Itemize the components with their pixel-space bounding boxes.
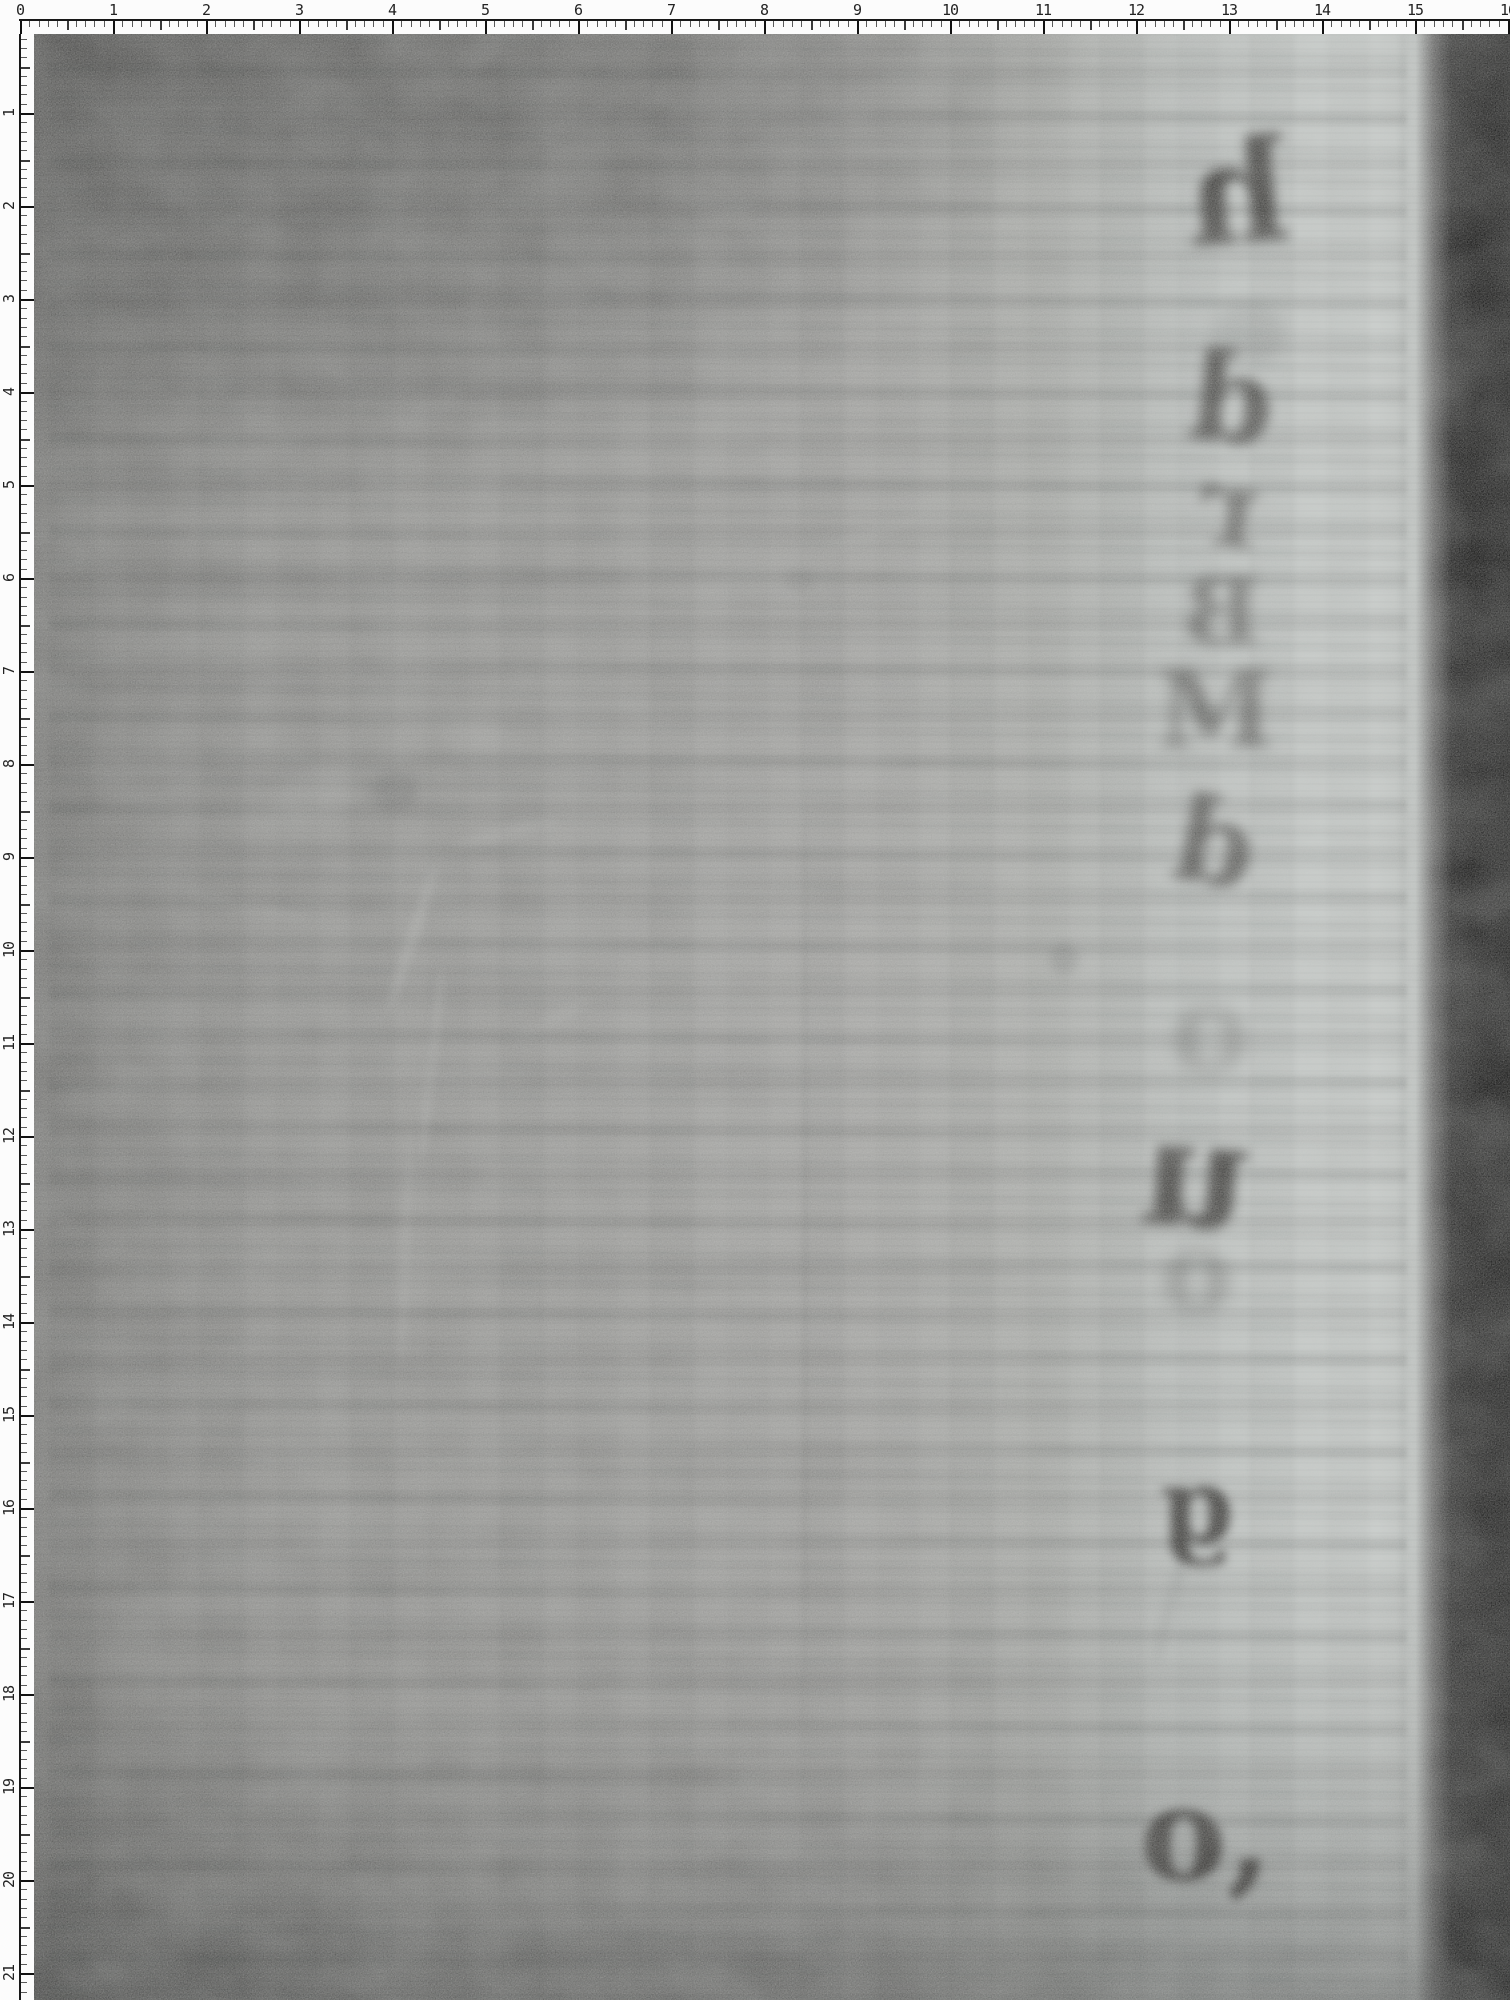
ruler-tick — [736, 21, 737, 27]
ruler-tick — [39, 21, 40, 27]
ruler-tick — [21, 1945, 27, 1946]
ruler-tick — [21, 485, 34, 487]
ruler-tick — [150, 21, 151, 27]
ruler-tick — [21, 1350, 27, 1351]
ruler-tick — [21, 1229, 34, 1231]
ruler-tick — [21, 1573, 27, 1574]
ruler-tick — [21, 439, 30, 441]
ruler-number-left: 1 — [0, 109, 18, 117]
ruler-tick — [21, 1973, 34, 1975]
ruler-number-left: 10 — [0, 942, 18, 958]
scanline-texture — [34, 34, 1510, 2000]
ruler-tick — [21, 1703, 27, 1704]
ruler-tick — [401, 21, 402, 27]
ruler-tick — [21, 838, 27, 839]
ruler-tick — [21, 783, 27, 784]
ruler-tick — [21, 1517, 27, 1518]
ruler-tick — [1350, 21, 1351, 27]
ruler-tick — [21, 318, 27, 319]
ruler-tick — [383, 21, 384, 27]
ruler-tick — [21, 513, 27, 514]
ruler-tick — [1462, 21, 1464, 30]
ruler-tick — [21, 876, 27, 877]
ruler-tick — [615, 21, 616, 27]
ruler-tick — [1489, 21, 1490, 27]
ruler-number-left: 20 — [0, 1872, 18, 1888]
ruler-tick — [21, 141, 27, 142]
ruler-tick — [225, 21, 226, 27]
ruler-number-left: 15 — [0, 1407, 18, 1423]
ruler-tick — [1406, 21, 1407, 27]
ruler-tick — [21, 764, 34, 766]
ruler-tick — [21, 1545, 27, 1546]
ruler-number-left: 12 — [0, 1128, 18, 1144]
ruler-tick — [21, 1220, 27, 1221]
ruler-tick — [625, 21, 627, 30]
ruler-tick — [290, 21, 291, 27]
ruler-tick — [21, 76, 27, 77]
ruler-tick — [820, 21, 821, 27]
ruler-tick — [718, 21, 720, 30]
ruler-tick — [21, 1331, 27, 1332]
ruler-tick — [969, 21, 970, 27]
ruler-tick — [21, 615, 27, 616]
ruler-tick — [21, 559, 27, 560]
ruler-tick — [1369, 21, 1371, 30]
ruler-tick — [904, 21, 906, 30]
ruler-tick — [457, 21, 458, 27]
ruler-tick — [21, 494, 27, 495]
ruler-tick — [94, 21, 95, 27]
ruler-tick — [21, 1992, 27, 1993]
ruler-tick — [1117, 21, 1118, 27]
ruler-tick — [643, 21, 644, 27]
ruler-tick — [21, 1313, 27, 1314]
ruler-tick — [1276, 21, 1278, 30]
ruler-tick — [21, 225, 27, 226]
ruler-tick — [21, 1843, 27, 1844]
ruler-tick — [21, 1099, 27, 1100]
ruler-tick — [21, 1499, 27, 1500]
ruler-number-left: 7 — [0, 667, 18, 675]
ruler-tick — [21, 1796, 27, 1797]
ruler-tick — [21, 811, 30, 813]
ruler-tick — [21, 1917, 27, 1918]
ruler-tick — [21, 1536, 27, 1537]
ruler-tick — [206, 21, 208, 34]
ruler-tick — [21, 1108, 27, 1109]
ruler-tick — [21, 1415, 34, 1417]
ruler-tick — [1313, 21, 1314, 27]
ruler-tick — [21, 550, 27, 551]
ruler-tick — [811, 21, 813, 30]
ruler-tick — [21, 1880, 34, 1882]
ruler-tick — [587, 21, 588, 27]
ruler-tick — [745, 21, 746, 27]
ruler-number-left: 16 — [0, 1500, 18, 1516]
ruler-tick — [1443, 21, 1444, 27]
ruler-tick — [1396, 21, 1397, 27]
ruler-tick — [197, 21, 198, 27]
ruler-tick — [21, 671, 34, 673]
ruler-tick — [1108, 21, 1109, 27]
ruler-tick — [21, 541, 27, 542]
ruler-number-top: 6 — [574, 1, 582, 19]
ruler-tick — [532, 21, 534, 30]
ruler-tick — [941, 21, 942, 27]
ruler-tick — [1024, 21, 1025, 27]
ruler-tick — [21, 299, 34, 301]
ruler-tick — [1452, 21, 1453, 27]
ruler-tick — [21, 476, 27, 477]
ruler-tick — [21, 1852, 27, 1853]
ruler-tick — [420, 21, 421, 27]
ruler-number-left: 14 — [0, 1314, 18, 1330]
ruler-tick — [21, 253, 30, 255]
ruler-tick — [1341, 21, 1342, 27]
ruler-tick — [21, 1294, 27, 1295]
ruler-tick — [792, 21, 793, 27]
ruler-tick — [448, 21, 449, 27]
ruler-tick — [21, 271, 27, 272]
ruler-tick — [21, 1824, 27, 1825]
ruler-tick — [178, 21, 179, 27]
ruler-tick — [21, 197, 27, 198]
ruler-tick — [21, 1759, 27, 1760]
ruler-tick — [21, 1024, 27, 1025]
ruler-number-left: 4 — [0, 388, 18, 396]
ruler-tick — [429, 21, 430, 27]
ruler-tick — [21, 652, 27, 653]
ruler-tick — [160, 21, 162, 30]
ruler-tick — [21, 206, 34, 208]
ruler-tick — [671, 21, 673, 34]
ruler-tick — [21, 894, 27, 895]
ruler-tick — [280, 21, 281, 27]
ruler-tick — [1052, 21, 1053, 27]
ruler-tick — [21, 1434, 27, 1435]
ruler-tick — [21, 1248, 27, 1249]
ruler-tick — [21, 1303, 27, 1304]
ruler-tick — [21, 1145, 27, 1146]
ruler-tick — [271, 21, 272, 27]
ruler-tick — [1294, 21, 1295, 27]
ruler-tick — [652, 21, 653, 27]
ruler-tick — [21, 1834, 30, 1836]
ruler-number-top: 14 — [1314, 1, 1330, 19]
ruler-tick — [1285, 21, 1286, 27]
ruler-tick — [21, 745, 27, 746]
ruler-tick — [1062, 21, 1063, 27]
ruler-tick — [894, 21, 895, 27]
ruler-tick — [1378, 21, 1379, 27]
manuscript-photo: hdrBMdouogo, — [34, 34, 1510, 2000]
ruler-tick — [21, 1480, 27, 1481]
ruler-number-left: 21 — [0, 1965, 18, 1981]
ruler-tick — [1303, 21, 1304, 27]
ruler-tick — [21, 708, 27, 709]
ruler-tick — [1006, 21, 1007, 27]
ruler-number-top: 2 — [202, 1, 210, 19]
ruler-tick — [21, 94, 27, 95]
ruler-number-top: 9 — [853, 1, 861, 19]
ruler-tick — [21, 1155, 27, 1156]
ruler-tick — [1071, 21, 1072, 27]
ruler-tick — [21, 1322, 34, 1324]
ruler-tick — [597, 21, 598, 27]
ruler-tick — [1127, 21, 1128, 27]
ruler-number-left: 5 — [0, 481, 18, 489]
ruler-tick — [1164, 21, 1165, 27]
ruler-tick — [21, 104, 27, 105]
ruler-tick — [21, 1508, 34, 1510]
ruler-tick — [21, 1443, 27, 1444]
ruler-number-left: 11 — [0, 1035, 18, 1051]
ruler-tick — [21, 587, 27, 588]
ruler-tick — [392, 21, 394, 34]
ruler-tick — [21, 1629, 27, 1630]
ruler-tick — [838, 21, 839, 27]
ruler-tick — [21, 1675, 27, 1676]
ruler-tick — [169, 21, 170, 27]
ruler-number-top: 7 — [667, 1, 675, 19]
ruler-number-top: 0 — [16, 1, 24, 19]
manuscript-scan-viewport: hdrBMdouogo, 123456789101112131415161718… — [0, 0, 1510, 2000]
ruler-tick — [21, 1564, 27, 1565]
ruler-tick — [1090, 21, 1092, 30]
ruler-tick — [1322, 21, 1324, 34]
ruler-tick — [21, 792, 27, 793]
ruler-tick — [885, 21, 886, 27]
ruler-tick — [76, 21, 77, 27]
ruler-tick — [21, 1359, 27, 1360]
ruler-tick — [21, 773, 27, 774]
ruler-tick — [1145, 21, 1146, 27]
ruler-tick — [21, 336, 27, 337]
ruler-tick — [21, 67, 30, 69]
ruler-tick — [913, 21, 914, 27]
ruler-tick — [21, 132, 27, 133]
ruler-tick — [21, 1871, 27, 1872]
ruler-tick — [21, 113, 34, 115]
ruler-tick — [21, 1387, 27, 1388]
ruler-tick — [21, 346, 30, 348]
ruler-tick — [21, 1164, 27, 1165]
ruler-tick — [21, 1369, 30, 1371]
ruler-tick — [513, 21, 514, 27]
ruler-tick — [21, 392, 34, 394]
ruler-tick — [21, 401, 27, 402]
ruler-tick — [857, 21, 859, 34]
ruler-tick — [21, 1954, 27, 1955]
ruler-tick — [1471, 21, 1472, 27]
ruler-tick — [21, 1210, 27, 1211]
ruler-tick — [21, 718, 30, 720]
ruler-tick — [21, 1982, 27, 1983]
ruler-tick — [21, 457, 27, 458]
ruler-tick — [1229, 21, 1231, 34]
ruler-tick — [21, 243, 27, 244]
ruler-tick — [21, 1341, 27, 1342]
ruler-tick — [21, 1052, 27, 1053]
ruler-tick — [1248, 21, 1249, 27]
ruler-tick — [21, 1610, 27, 1611]
ruler-tick — [253, 21, 255, 30]
ruler-number-left: 2 — [0, 202, 18, 210]
ruler-tick — [262, 21, 263, 27]
ruler-tick — [327, 21, 328, 27]
ruler-tick — [21, 327, 27, 328]
ruler-tick — [21, 1638, 27, 1639]
ruler-tick — [21, 1452, 27, 1453]
ruler-tick — [21, 736, 27, 737]
ruler-tick — [21, 1657, 27, 1658]
ruler-tick — [1220, 21, 1221, 27]
ruler-tick — [21, 1424, 27, 1425]
ruler-tick — [978, 21, 979, 27]
ruler-tick — [21, 1768, 27, 1769]
ruler-tick — [21, 885, 27, 886]
ruler-number-left: 3 — [0, 295, 18, 303]
ruler-tick — [21, 1648, 30, 1650]
ruler-tick — [21, 448, 27, 449]
ruler-vertical-cm: 123456789101112131415161718192021 — [0, 0, 34, 2000]
ruler-tick — [21, 1080, 27, 1081]
ruler-tick — [187, 21, 188, 27]
ruler-tick — [21, 1238, 27, 1239]
ruler-tick — [662, 21, 663, 27]
ruler-tick — [773, 21, 774, 27]
ruler-tick — [85, 21, 86, 27]
ruler-tick — [21, 1731, 27, 1732]
ruler-tick — [21, 187, 27, 188]
ruler-tick — [21, 1136, 34, 1138]
ruler-tick — [21, 383, 27, 384]
ruler-tick — [21, 1964, 27, 1965]
ruler-tick — [21, 1592, 27, 1593]
ruler-tick — [21, 1713, 27, 1714]
ruler-tick — [1434, 21, 1435, 27]
ruler-tick — [21, 1861, 27, 1862]
ruler-tick — [931, 21, 932, 27]
ruler-tick — [21, 941, 27, 942]
ruler-tick — [21, 969, 27, 970]
ruler-tick — [21, 1722, 27, 1723]
ruler-tick — [634, 21, 635, 27]
ruler-tick — [485, 21, 487, 34]
ruler-tick — [21, 997, 30, 999]
ruler-tick — [29, 21, 30, 27]
ruler-tick — [21, 690, 27, 691]
ruler-tick — [215, 21, 216, 27]
ruler-tick — [21, 866, 27, 867]
ruler-tick — [21, 922, 27, 923]
ruler-tick — [21, 1787, 34, 1789]
ruler-tick — [764, 21, 766, 34]
ruler-tick — [364, 21, 365, 27]
ruler-tick — [21, 1806, 27, 1807]
ruler-tick — [997, 21, 999, 30]
ruler-tick — [950, 21, 952, 34]
ruler-tick — [318, 21, 319, 27]
ruler-tick — [1183, 21, 1185, 30]
ruler-tick — [21, 308, 27, 309]
ruler-tick — [21, 1489, 27, 1490]
ruler-tick — [21, 680, 27, 681]
ruler-tick — [21, 373, 27, 374]
ruler-tick — [21, 1015, 27, 1016]
ruler-tick — [1387, 21, 1388, 27]
ruler-tick — [1201, 21, 1202, 27]
ruler-tick — [708, 21, 709, 27]
ruler-tick — [569, 21, 570, 27]
ruler-tick — [21, 1378, 27, 1379]
ruler-tick — [21, 48, 27, 49]
ruler-tick — [21, 1889, 27, 1890]
ruler-tick — [987, 21, 988, 27]
ruler-tick — [21, 1062, 27, 1063]
ruler-tick — [21, 1192, 27, 1193]
ruler-number-top: 15 — [1407, 1, 1423, 19]
ruler-tick — [541, 21, 542, 27]
ruler-tick — [1210, 21, 1211, 27]
ruler-tick — [21, 1908, 27, 1909]
ruler-tick — [21, 57, 27, 58]
ruler-number-left: 9 — [0, 853, 18, 861]
ruler-tick — [21, 122, 27, 123]
ruler-tick — [476, 21, 477, 27]
ruler-tick — [1257, 21, 1258, 27]
ruler-tick — [21, 150, 27, 151]
ruler-tick — [21, 234, 27, 235]
ruler-tick — [21, 1582, 27, 1583]
ruler-tick — [1099, 21, 1100, 27]
ruler-tick — [411, 21, 412, 27]
ruler-tick — [21, 1406, 27, 1407]
ruler-tick — [336, 21, 337, 27]
ruler-tick — [21, 532, 30, 534]
ruler-tick — [21, 1555, 30, 1557]
ruler-tick — [21, 290, 27, 291]
ruler-number-top: 10 — [942, 1, 958, 19]
ruler-tick — [1192, 21, 1193, 27]
ruler-tick — [755, 21, 756, 27]
ruler-tick — [21, 597, 27, 598]
ruler-number-top: 16 — [1500, 1, 1510, 19]
ruler-tick — [20, 21, 22, 34]
ruler-number-top: 3 — [295, 1, 303, 19]
ruler-tick — [21, 1090, 30, 1092]
ruler-tick — [21, 1750, 27, 1751]
ruler-tick — [355, 21, 356, 27]
ruler-tick — [67, 21, 69, 30]
ruler-tick — [21, 634, 27, 635]
ruler-tick — [21, 1741, 30, 1743]
ruler-tick — [346, 21, 348, 30]
ruler-tick — [578, 21, 580, 34]
ruler-tick — [21, 1620, 27, 1621]
ruler-tick — [48, 21, 49, 27]
ruler-tick — [680, 21, 681, 27]
ruler-number-left: 17 — [0, 1593, 18, 1609]
ruler-tick — [21, 355, 27, 356]
ruler-tick — [21, 1927, 30, 1929]
ruler-tick — [1080, 21, 1081, 27]
ruler-tick — [21, 625, 30, 627]
ruler-tick — [21, 411, 27, 412]
ruler-tick — [21, 643, 27, 644]
ruler-tick — [21, 1471, 27, 1472]
